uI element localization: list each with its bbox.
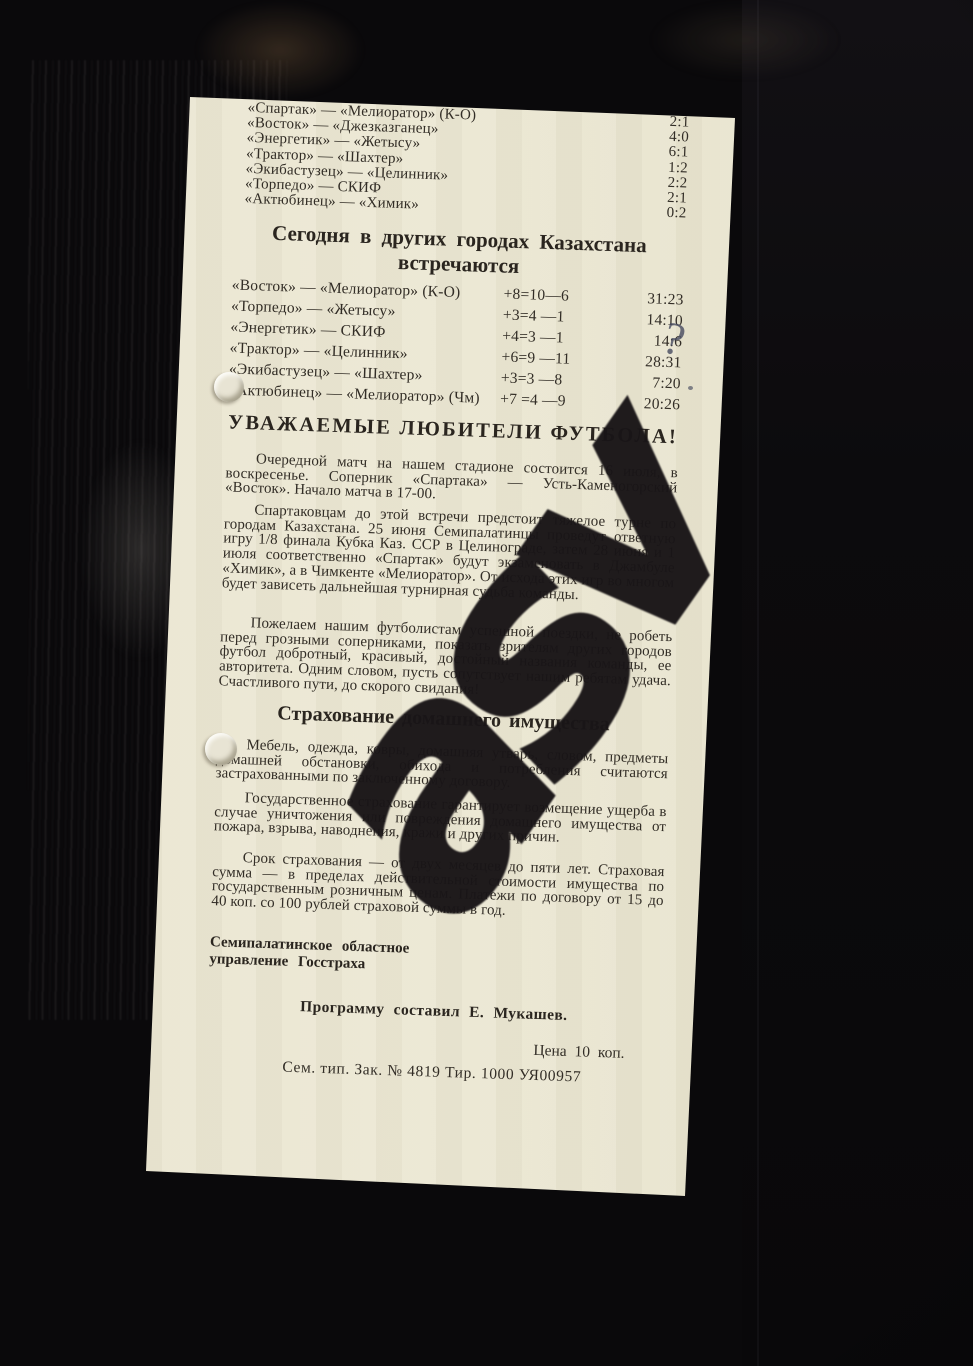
photo-of-programme: «Спартак» — «Мелиоратор» (К-О)2:1 «Восто…	[0, 0, 973, 1366]
photo-vignette	[0, 0, 973, 1366]
